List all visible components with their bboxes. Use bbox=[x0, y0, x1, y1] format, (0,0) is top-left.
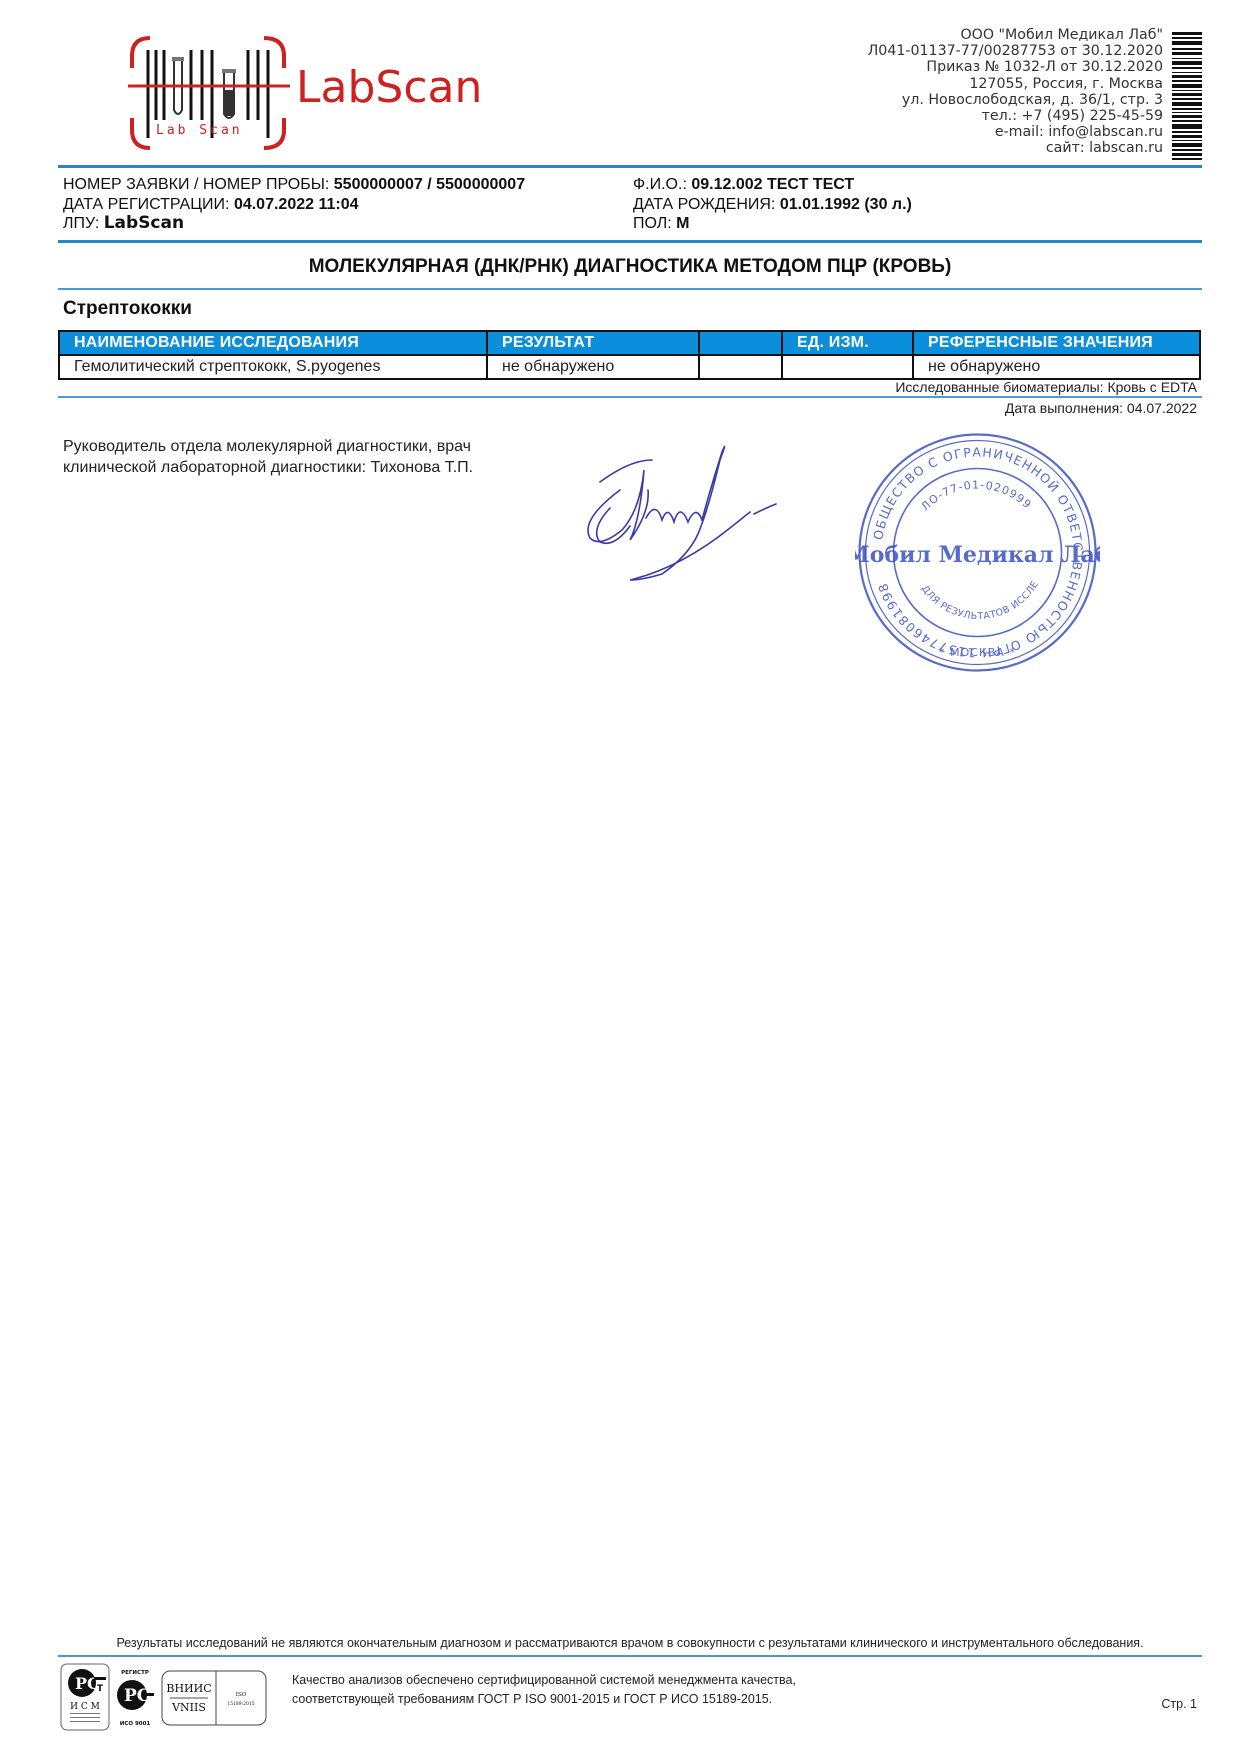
quality-line1: Качество анализов обеспечено сертифициро… bbox=[292, 1671, 796, 1690]
org-name: ООО "Мобил Медикал Лаб" bbox=[868, 27, 1163, 43]
registration-date-row: ДАТА РЕГИСТРАЦИИ: 04.07.2022 11:04 bbox=[63, 195, 525, 215]
org-license: Л041-01137-77/00287753 от 30.12.2020 bbox=[868, 43, 1163, 59]
svg-text:И С М: И С М bbox=[70, 1702, 100, 1712]
column-header-result: РЕЗУЛЬТАТ bbox=[487, 331, 699, 355]
certification-logos: PC T И С М РЕГИСТР PC ИСО 9001 ВНИИС VNI… bbox=[60, 1663, 268, 1731]
company-stamp-icon: ОБЩЕСТВО С ОГРАНИЧЕННОЙ ОТВЕТСТВЕННОСТЬЮ… bbox=[855, 430, 1100, 675]
vniis-iso-logo-icon: ВНИИС VNIIS ISO 15189:2015 bbox=[162, 1671, 266, 1725]
sex-value: М bbox=[676, 215, 689, 232]
org-city: 127055, Россия, г. Москва bbox=[868, 76, 1163, 92]
cell-unit bbox=[782, 355, 913, 379]
registration-date-label: ДАТА РЕГИСТРАЦИИ: bbox=[63, 196, 229, 213]
page-number: Стр. 1 bbox=[1161, 1697, 1197, 1711]
patient-name-value: 09.12.002 ТЕСТ ТЕСТ bbox=[691, 176, 854, 193]
svg-text:«Мобил Медикал Лаб»: «Мобил Медикал Лаб» bbox=[855, 542, 1100, 568]
header-divider bbox=[58, 165, 1202, 168]
order-number-label: НОМЕР ЗАЯВКИ / НОМЕР ПРОБЫ: bbox=[63, 176, 329, 193]
biomaterial-divider bbox=[58, 396, 1202, 398]
results-table: НАИМЕНОВАНИЕ ИССЛЕДОВАНИЯ РЕЗУЛЬТАТ ЕД. … bbox=[58, 330, 1201, 380]
sex-row: ПОЛ: М bbox=[633, 214, 912, 234]
organization-info: ООО "Мобил Медикал Лаб" Л041-01137-77/00… bbox=[868, 27, 1163, 157]
order-info: НОМЕР ЗАЯВКИ / НОМЕР ПРОБЫ: 5500000007 /… bbox=[63, 175, 525, 234]
org-street: ул. Новослободская, д. 36/1, стр. 3 bbox=[868, 92, 1163, 108]
cell-reference: не обнаружено bbox=[913, 355, 1200, 379]
lpu-row: ЛПУ: LabScan bbox=[63, 214, 525, 234]
labscan-logo: Lab Scan LabScan bbox=[128, 30, 498, 155]
sex-label: ПОЛ: bbox=[633, 215, 672, 232]
info-divider bbox=[58, 240, 1202, 243]
order-number-value: 5500000007 / 5500000007 bbox=[334, 176, 525, 193]
table-row: Гемолитический стрептококк, S.pyogenes н… bbox=[59, 355, 1200, 379]
birth-date-value: 01.01.1992 (30 л.) bbox=[780, 196, 912, 213]
signature-icon bbox=[570, 430, 790, 590]
gost-ism-logo-icon: PC T И С М bbox=[61, 1664, 109, 1730]
barcode-icon bbox=[1172, 32, 1202, 162]
svg-text:ИСО 9001: ИСО 9001 bbox=[120, 1721, 151, 1727]
org-order: Приказ № 1032-Л от 30.12.2020 bbox=[868, 59, 1163, 75]
svg-text:VNIIS: VNIIS bbox=[171, 1701, 206, 1714]
svg-text:ЛО-77-01-020999: ЛО-77-01-020999 bbox=[919, 478, 1035, 513]
birth-date-row: ДАТА РОЖДЕНИЯ: 01.01.1992 (30 л.) bbox=[633, 195, 912, 215]
footer-divider bbox=[58, 1655, 1202, 1657]
execution-date: Дата выполнения: 04.07.2022 bbox=[1005, 400, 1197, 416]
patient-name-row: Ф.И.О.: 09.12.002 ТЕСТ ТЕСТ bbox=[633, 175, 912, 195]
birth-date-label: ДАТА РОЖДЕНИЯ: bbox=[633, 196, 775, 213]
logo-brand-text: LabScan bbox=[296, 62, 482, 113]
svg-text:ISO: ISO bbox=[236, 1692, 247, 1698]
cell-blank bbox=[699, 355, 782, 379]
table-header-row: НАИМЕНОВАНИЕ ИССЛЕДОВАНИЯ РЕЗУЛЬТАТ ЕД. … bbox=[59, 331, 1200, 355]
signer-title-line1: Руководитель отдела молекулярной диагнос… bbox=[63, 436, 473, 457]
signer-title-line2: клинической лабораторной диагностики: Ти… bbox=[63, 457, 473, 478]
order-number-row: НОМЕР ЗАЯВКИ / НОМЕР ПРОБЫ: 5500000007 /… bbox=[63, 175, 525, 195]
column-header-test-name: НАИМЕНОВАНИЕ ИССЛЕДОВАНИЯ bbox=[59, 331, 487, 355]
lpu-value: LabScan bbox=[104, 213, 184, 233]
lpu-label: ЛПУ: bbox=[63, 215, 99, 232]
gost-register-logo-icon: РЕГИСТР PC ИСО 9001 bbox=[117, 1670, 154, 1727]
signer-block: Руководитель отдела молекулярной диагнос… bbox=[63, 436, 473, 478]
quality-line2: соответствующей требованиям ГОСТ Р ISO 9… bbox=[292, 1690, 796, 1709]
cell-result: не обнаружено bbox=[487, 355, 699, 379]
disclaimer-text: Результаты исследований не являются окон… bbox=[58, 1636, 1202, 1650]
patient-name-label: Ф.И.О.: bbox=[633, 176, 687, 193]
cell-test-name: Гемолитический стрептококк, S.pyogenes bbox=[59, 355, 487, 379]
title-divider bbox=[58, 288, 1202, 290]
biomaterial-note: Исследованные биоматериалы: Кровь с EDTA bbox=[895, 379, 1197, 395]
patient-info: Ф.И.О.: 09.12.002 ТЕСТ ТЕСТ ДАТА РОЖДЕНИ… bbox=[633, 175, 912, 234]
svg-text:РЕГИСТР: РЕГИСТР bbox=[121, 1670, 149, 1676]
svg-text:ВНИИС: ВНИИС bbox=[166, 1682, 211, 1695]
column-header-reference: РЕФЕРЕНСНЫЕ ЗНАЧЕНИЯ bbox=[913, 331, 1200, 355]
quality-statement: Качество анализов обеспечено сертифициро… bbox=[292, 1671, 796, 1709]
column-header-blank bbox=[699, 331, 782, 355]
svg-text:15189:2015: 15189:2015 bbox=[227, 1701, 254, 1707]
report-title: МОЛЕКУЛЯРНАЯ (ДНК/РНК) ДИАГНОСТИКА МЕТОД… bbox=[58, 256, 1202, 278]
svg-text:* МОСКВА *: * МОСКВА * bbox=[939, 646, 1016, 659]
section-heading: Стрептококки bbox=[63, 298, 192, 320]
svg-text:T: T bbox=[97, 1684, 104, 1694]
org-website: сайт: labscan.ru bbox=[868, 140, 1163, 156]
registration-date-value: 04.07.2022 11:04 bbox=[234, 196, 359, 213]
org-phone: тел.: +7 (495) 225-45-59 bbox=[868, 108, 1163, 124]
org-email: e-mail: info@labscan.ru bbox=[868, 124, 1163, 140]
svg-text:Lab Scan: Lab Scan bbox=[156, 123, 243, 138]
column-header-unit: ЕД. ИЗМ. bbox=[782, 331, 913, 355]
